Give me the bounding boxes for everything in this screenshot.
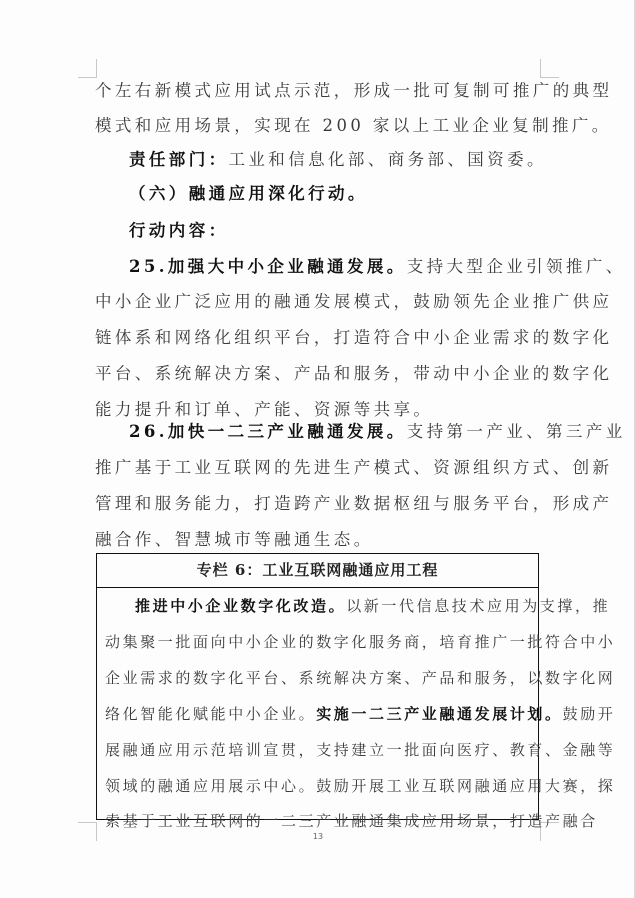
bold-text: （六）融通应用深化行动。 (129, 184, 368, 203)
text-line: 平台、系统解决方案、产品和服务，带动中小企业的数字化 (95, 364, 540, 384)
text: 支持大型企业引领推广、 (407, 257, 626, 276)
text: 推广基于工业互联网的先进生产模式、资源组织方式、创新 (95, 458, 612, 477)
text: 索基于工业互联网的一二三产业融通集成应用场景，打造产融合 (105, 812, 598, 830)
text-line: 模式和应用场景，实现在 200 家以上工业企业复制推广。 (95, 116, 540, 136)
bold-text: 26.加快一二三产业融通发展。 (129, 422, 407, 441)
text-line: 25.加强大中小企业融通发展。支持大型企业引领推广、 (95, 257, 540, 277)
text-line: 能力提升和订单、产能、资源等共享。 (95, 400, 540, 420)
text-line: 26.加快一二三产业融通发展。支持第一产业、第三产业 (95, 422, 540, 442)
corner-mark-top-left (78, 59, 97, 78)
text: 动集聚一批面向中小企业的数字化服务商，培育推广一批符合中小 (105, 633, 615, 651)
text-line: 推广基于工业互联网的先进生产模式、资源组织方式、创新 (95, 458, 540, 478)
text-line: 个左右新模式应用试点示范，形成一批可复制可推广的典型 (95, 81, 540, 101)
bold-text: 推进中小企业数字化改造。 (135, 597, 346, 615)
corner-mark-top-right (540, 59, 559, 78)
text-line: 行动内容： (95, 221, 540, 241)
text-line: 中小企业广泛应用的融通发展模式，鼓励领先企业推广供应 (95, 292, 540, 312)
text: 中小企业广泛应用的融通发展模式，鼓励领先企业推广供应 (95, 292, 612, 311)
text-line: 融合作、智慧城市等融通生态。 (95, 530, 540, 550)
text: 管理和服务能力，打造跨产业数据枢纽与服务平台，形成产 (95, 494, 612, 513)
text: 平台、系统解决方案、产品和服务，带动中小企业的数字化 (95, 364, 612, 383)
text: 工业和信息化部、商务部、国资委。 (229, 150, 547, 169)
text: 支持第一产业、第三产业 (407, 422, 626, 441)
text: 领域的融通应用展示中心。鼓励开展工业互联网融通应用大赛，探 (105, 777, 615, 795)
text-line: （六）融通应用深化行动。 (95, 184, 540, 204)
bold-text: 行动内容： (129, 221, 229, 240)
text-line: 责任部门：工业和信息化部、商务部、国资委。 (95, 150, 540, 170)
text: 企业需求的数字化平台、系统解决方案、产品和服务，以数字化网 (105, 669, 615, 687)
text: 展融通应用示范培训宣贯，支持建立一批面向医疗、教育、金融等 (105, 741, 615, 759)
box-title: 专栏 6：工业互联网融通应用工程 (97, 554, 538, 588)
page-number: 13 (0, 832, 636, 841)
text: 鼓励开 (563, 705, 616, 723)
text: 个左右新模式应用试点示范，形成一批可复制可推广的典型 (95, 81, 612, 100)
text: 络化智能化赋能中小企业。 (105, 705, 316, 723)
text: 以新一代信息技术应用为支撑，推 (346, 597, 610, 615)
box-text-line: 领域的融通应用展示中心。鼓励开展工业互联网融通应用大赛，探 (105, 776, 615, 796)
text-line: 管理和服务能力，打造跨产业数据枢纽与服务平台，形成产 (95, 494, 540, 514)
bold-text: 实施一二三产业融通发展计划。 (316, 705, 562, 723)
bold-text: 责任部门： (129, 150, 229, 169)
sidebar-box-feature-6: 专栏 6：工业互联网融通应用工程 推进中小企业数字化改造。以新一代信息技术应用为… (96, 553, 539, 820)
text: 融合作、智慧城市等融通生态。 (95, 530, 374, 549)
text: 链体系和网络化组织平台，打造符合中小企业需求的数字化 (95, 328, 612, 347)
box-text-line: 推进中小企业数字化改造。以新一代信息技术应用为支撑，推 (105, 596, 610, 616)
box-text-line: 企业需求的数字化平台、系统解决方案、产品和服务，以数字化网 (105, 668, 615, 688)
box-text-line: 动集聚一批面向中小企业的数字化服务商，培育推广一批符合中小 (105, 632, 615, 652)
text-line: 链体系和网络化组织平台，打造符合中小企业需求的数字化 (95, 328, 540, 348)
box-text-line: 展融通应用示范培训宣贯，支持建立一批面向医疗、教育、金融等 (105, 740, 615, 760)
box-text-line: 索基于工业互联网的一二三产业融通集成应用场景，打造产融合 (105, 811, 598, 831)
bold-text: 25.加强大中小企业融通发展。 (129, 257, 407, 276)
text: 模式和应用场景，实现在 200 家以上工业企业复制推广。 (95, 116, 612, 135)
text: 能力提升和订单、产能、资源等共享。 (95, 400, 433, 419)
box-text-line: 络化智能化赋能中小企业。实施一二三产业融通发展计划。鼓励开 (105, 704, 615, 724)
